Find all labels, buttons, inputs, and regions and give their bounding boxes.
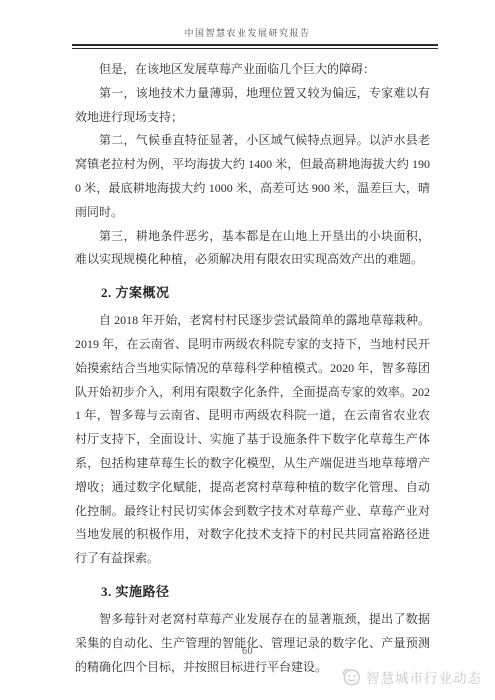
document-page: 中国智慧农业发展研究报告 但是，在该地区发展草莓产业面临几个巨大的障碍： 第一，… xyxy=(0,0,495,700)
section-heading-implementation-path: 3. 实施路径 xyxy=(75,580,430,604)
page-header: 中国智慧农业发展研究报告 xyxy=(0,27,495,49)
paragraph-obstacles-intro: 但是，在该地区发展草莓产业面临几个巨大的障碍： xyxy=(75,58,430,82)
section-heading-plan-overview: 2. 方案概况 xyxy=(75,281,430,305)
watermark: 智慧城市行业动态 xyxy=(340,666,482,687)
page-number: 60 xyxy=(242,646,253,657)
document-body: 但是，在该地区发展草莓产业面临几个巨大的障碍： 第一，该地技术力量薄弱，地理位置… xyxy=(75,58,430,679)
paragraph-plan-overview: 自 2018 年开始，老窝村村民逐步尝试最简单的露地草莓栽种。2019 年，在云… xyxy=(75,309,430,571)
running-header-title: 中国智慧农业发展研究报告 xyxy=(0,27,495,40)
watermark-logo-icon xyxy=(340,666,361,687)
watermark-text: 智慧城市行业动态 xyxy=(366,667,482,687)
header-rule xyxy=(72,44,438,49)
page-footer: 60 xyxy=(0,641,495,659)
paragraph-obstacle-1: 第一，该地技术力量薄弱，地理位置又较为偏远，专家难以有效地进行现场支持； xyxy=(75,82,430,130)
paragraph-obstacle-3: 第三，耕地条件恶劣，基本都是在山地上开垦出的小块面积，难以实现规模化种植，必须解… xyxy=(75,225,430,273)
paragraph-obstacle-2: 第二，气候垂直特征显著，小区域气候特点迥异。以泸水县老窝镇老拉村为例，平均海拔大… xyxy=(75,129,430,224)
